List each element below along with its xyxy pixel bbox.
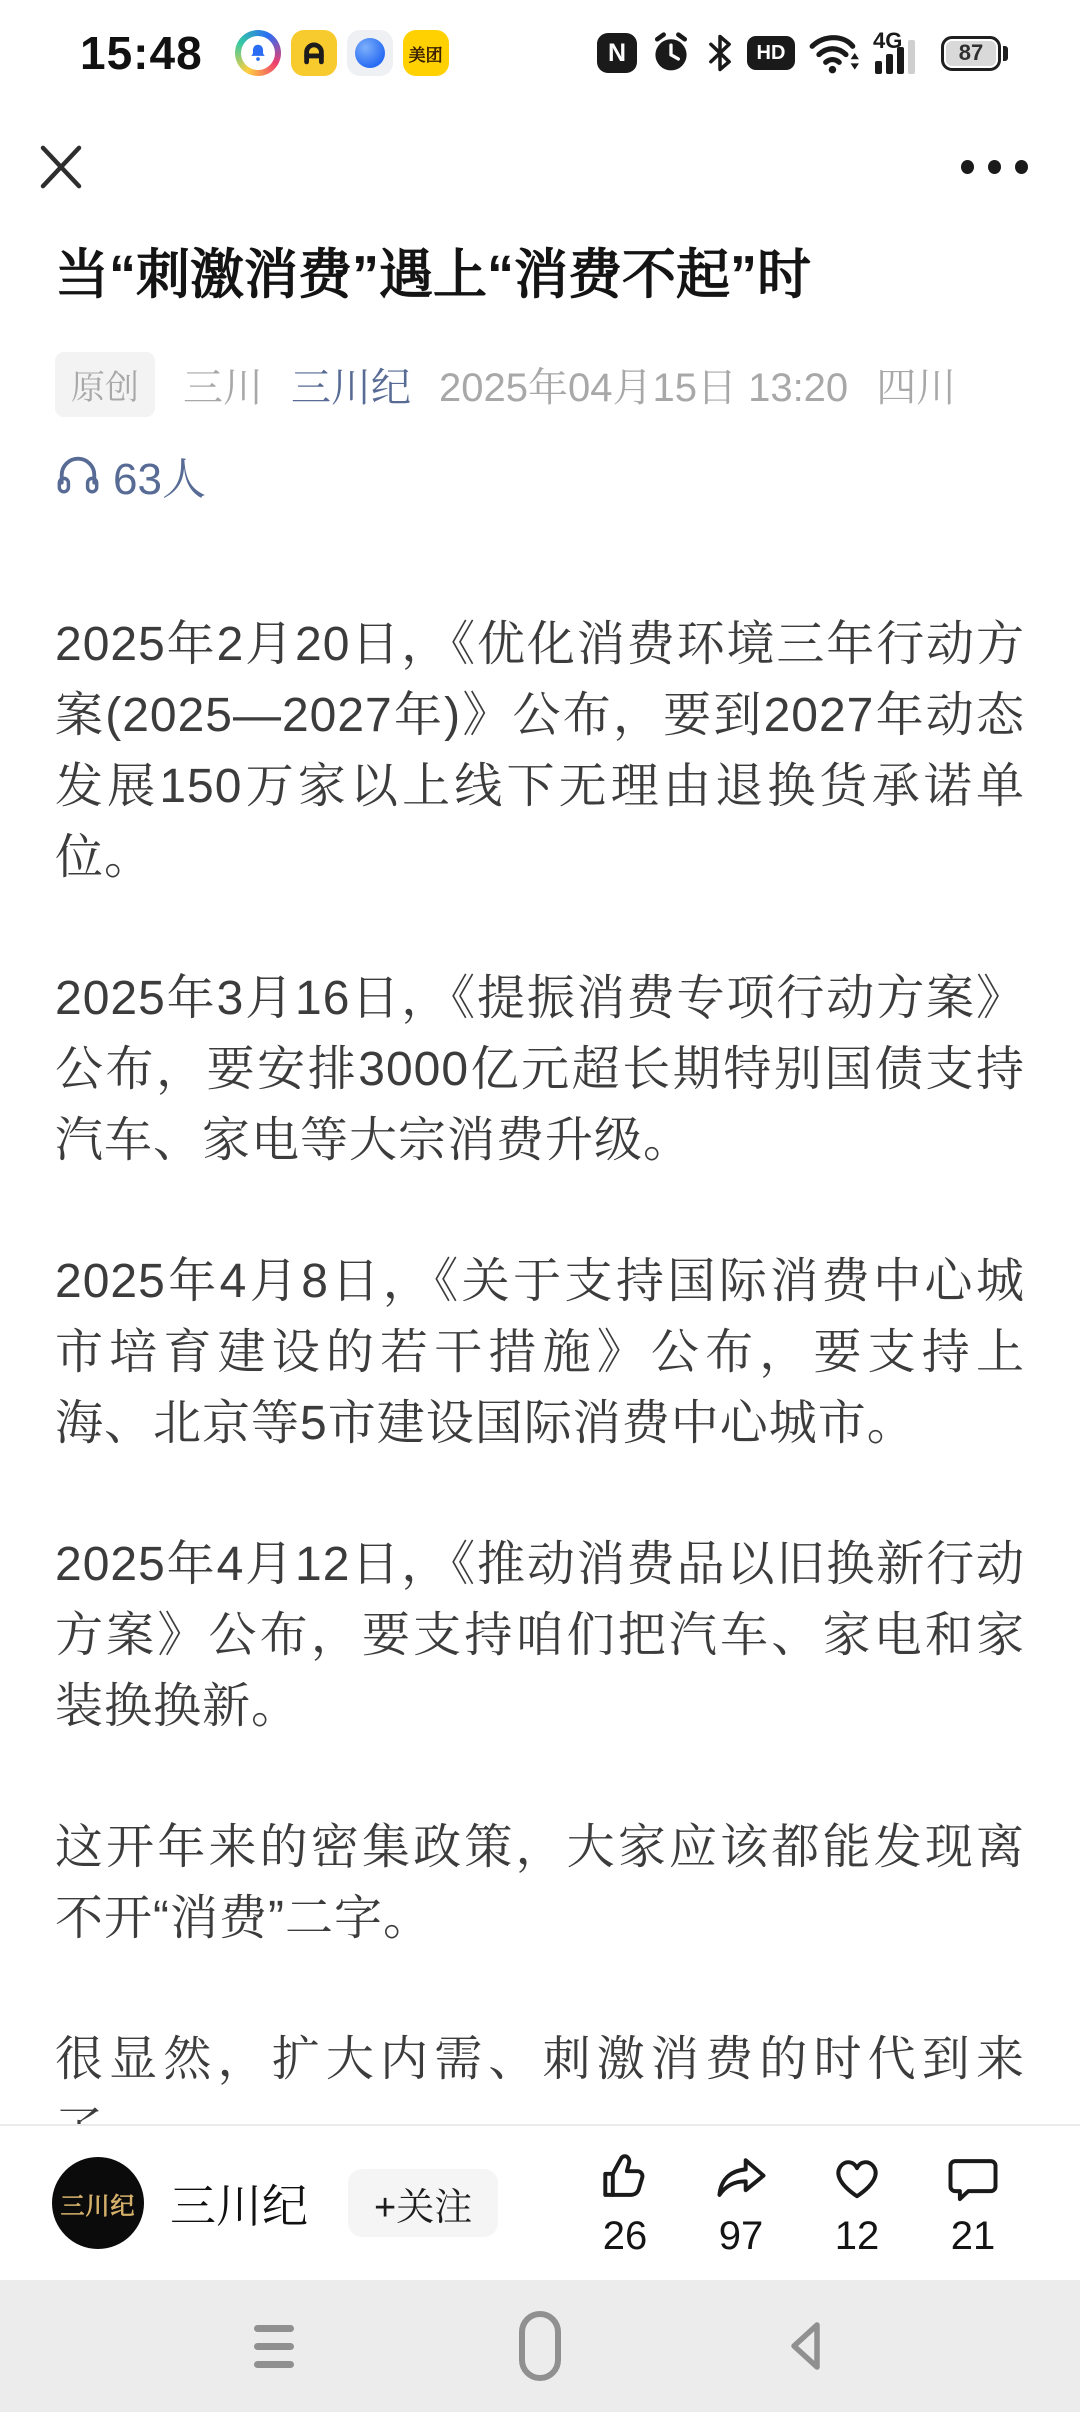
top-nav-bar [0, 124, 1080, 210]
bluetooth-icon [705, 31, 735, 75]
menu-icon [254, 2325, 294, 2368]
article-paragraph: 2025年4月8日，《关于支持国际消费中心城市培育建设的若干措施》公布，要支持上… [55, 1246, 1025, 1459]
heart-icon [827, 2148, 887, 2208]
publish-datetime: 2025年04月15日 13:20 [439, 356, 848, 413]
publish-location: 四川 [876, 356, 956, 413]
avatar[interactable]: 三川纪 [52, 2157, 144, 2249]
notification-ring-icon [235, 30, 281, 76]
close-button[interactable] [34, 140, 88, 194]
meituan-icon: 美团 [403, 30, 449, 76]
meituan-label: 美团 [409, 41, 443, 66]
status-bar: 15:48 美团 N HD [0, 0, 1080, 96]
more-icon [961, 160, 1028, 174]
battery-percent: 87 [959, 40, 983, 66]
article-footer-bar: 三川纪 三川纪 +关注 26 97 12 [0, 2124, 1080, 2280]
article-paragraph: 2025年3月16日，《提振消费专项行动方案》公布，要安排3000亿元超长期特别… [55, 963, 1025, 1176]
share-count: 97 [719, 2214, 764, 2259]
amap-icon [291, 30, 337, 76]
favorite-count: 12 [835, 2214, 880, 2259]
hd-icon: HD [747, 36, 795, 70]
article-paragraph: 2025年4月12日，《推动消费品以旧换新行动方案》公布，要支持咱们把汽车、家电… [55, 1529, 1025, 1742]
article-paragraph: 这开年来的密集政策，大家应该都能发现离不开“消费”二字。 [55, 1812, 1025, 1954]
signal-4g-icon: 4G [873, 30, 929, 76]
article-meta: 原创 三川 三川纪 2025年04月15日 13:20 四川 [55, 352, 1025, 417]
account-link[interactable]: 三川纪 [291, 356, 411, 413]
system-status-icons: N HD 4G 87 [597, 30, 1008, 76]
like-count: 26 [603, 2214, 648, 2259]
share-button[interactable]: 97 [708, 2148, 774, 2259]
author-name: 三川 [183, 356, 263, 413]
wechat-article-screen: 15:48 美团 N HD [0, 0, 1080, 2307]
favorite-button[interactable]: 12 [824, 2148, 890, 2259]
follow-button[interactable]: +关注 [348, 2169, 498, 2237]
android-nav-bar [0, 2280, 1080, 2412]
status-time: 15:48 [80, 26, 203, 80]
article-paragraph: 2025年2月20日，《优化消费环境三年行动方案(2025—2027年)》公布，… [55, 609, 1025, 893]
notification-app-icons: 美团 [235, 30, 449, 76]
avatar-text: 三川纪 [61, 2186, 136, 2221]
article-title: 当“刺激消费”遇上“消费不起”时 [55, 236, 1025, 314]
like-button[interactable]: 26 [592, 2148, 658, 2259]
headphones-icon [55, 452, 101, 498]
more-button[interactable] [961, 160, 1028, 174]
wifi-icon [807, 30, 861, 76]
close-icon [34, 140, 88, 194]
alarm-clock-icon [649, 31, 693, 75]
home-pill-icon [519, 2311, 561, 2381]
browser-globe-icon [347, 30, 393, 76]
comment-button[interactable]: 21 [940, 2148, 1006, 2259]
share-arrow-icon [711, 2148, 771, 2208]
nfc-icon: N [597, 33, 637, 73]
listen-count: 63人 [113, 443, 206, 507]
article-body: 2025年2月20日，《优化消费环境三年行动方案(2025—2027年)》公布，… [55, 609, 1025, 2307]
back-button[interactable] [673, 2318, 939, 2374]
listen-audio-button[interactable]: 63人 [55, 443, 206, 507]
recents-button[interactable] [141, 2325, 407, 2368]
comment-count: 21 [951, 2214, 996, 2259]
bell-glyph [247, 42, 269, 64]
comment-icon [943, 2148, 1003, 2208]
thumbs-up-icon [595, 2148, 655, 2208]
action-buttons: 26 97 12 21 [592, 2148, 1006, 2259]
footer-account-name[interactable]: 三川纪 [170, 2170, 308, 2236]
home-button[interactable] [407, 2311, 673, 2381]
original-badge: 原创 [55, 352, 155, 417]
back-icon [786, 2318, 826, 2374]
battery-icon: 87 [941, 36, 1008, 71]
